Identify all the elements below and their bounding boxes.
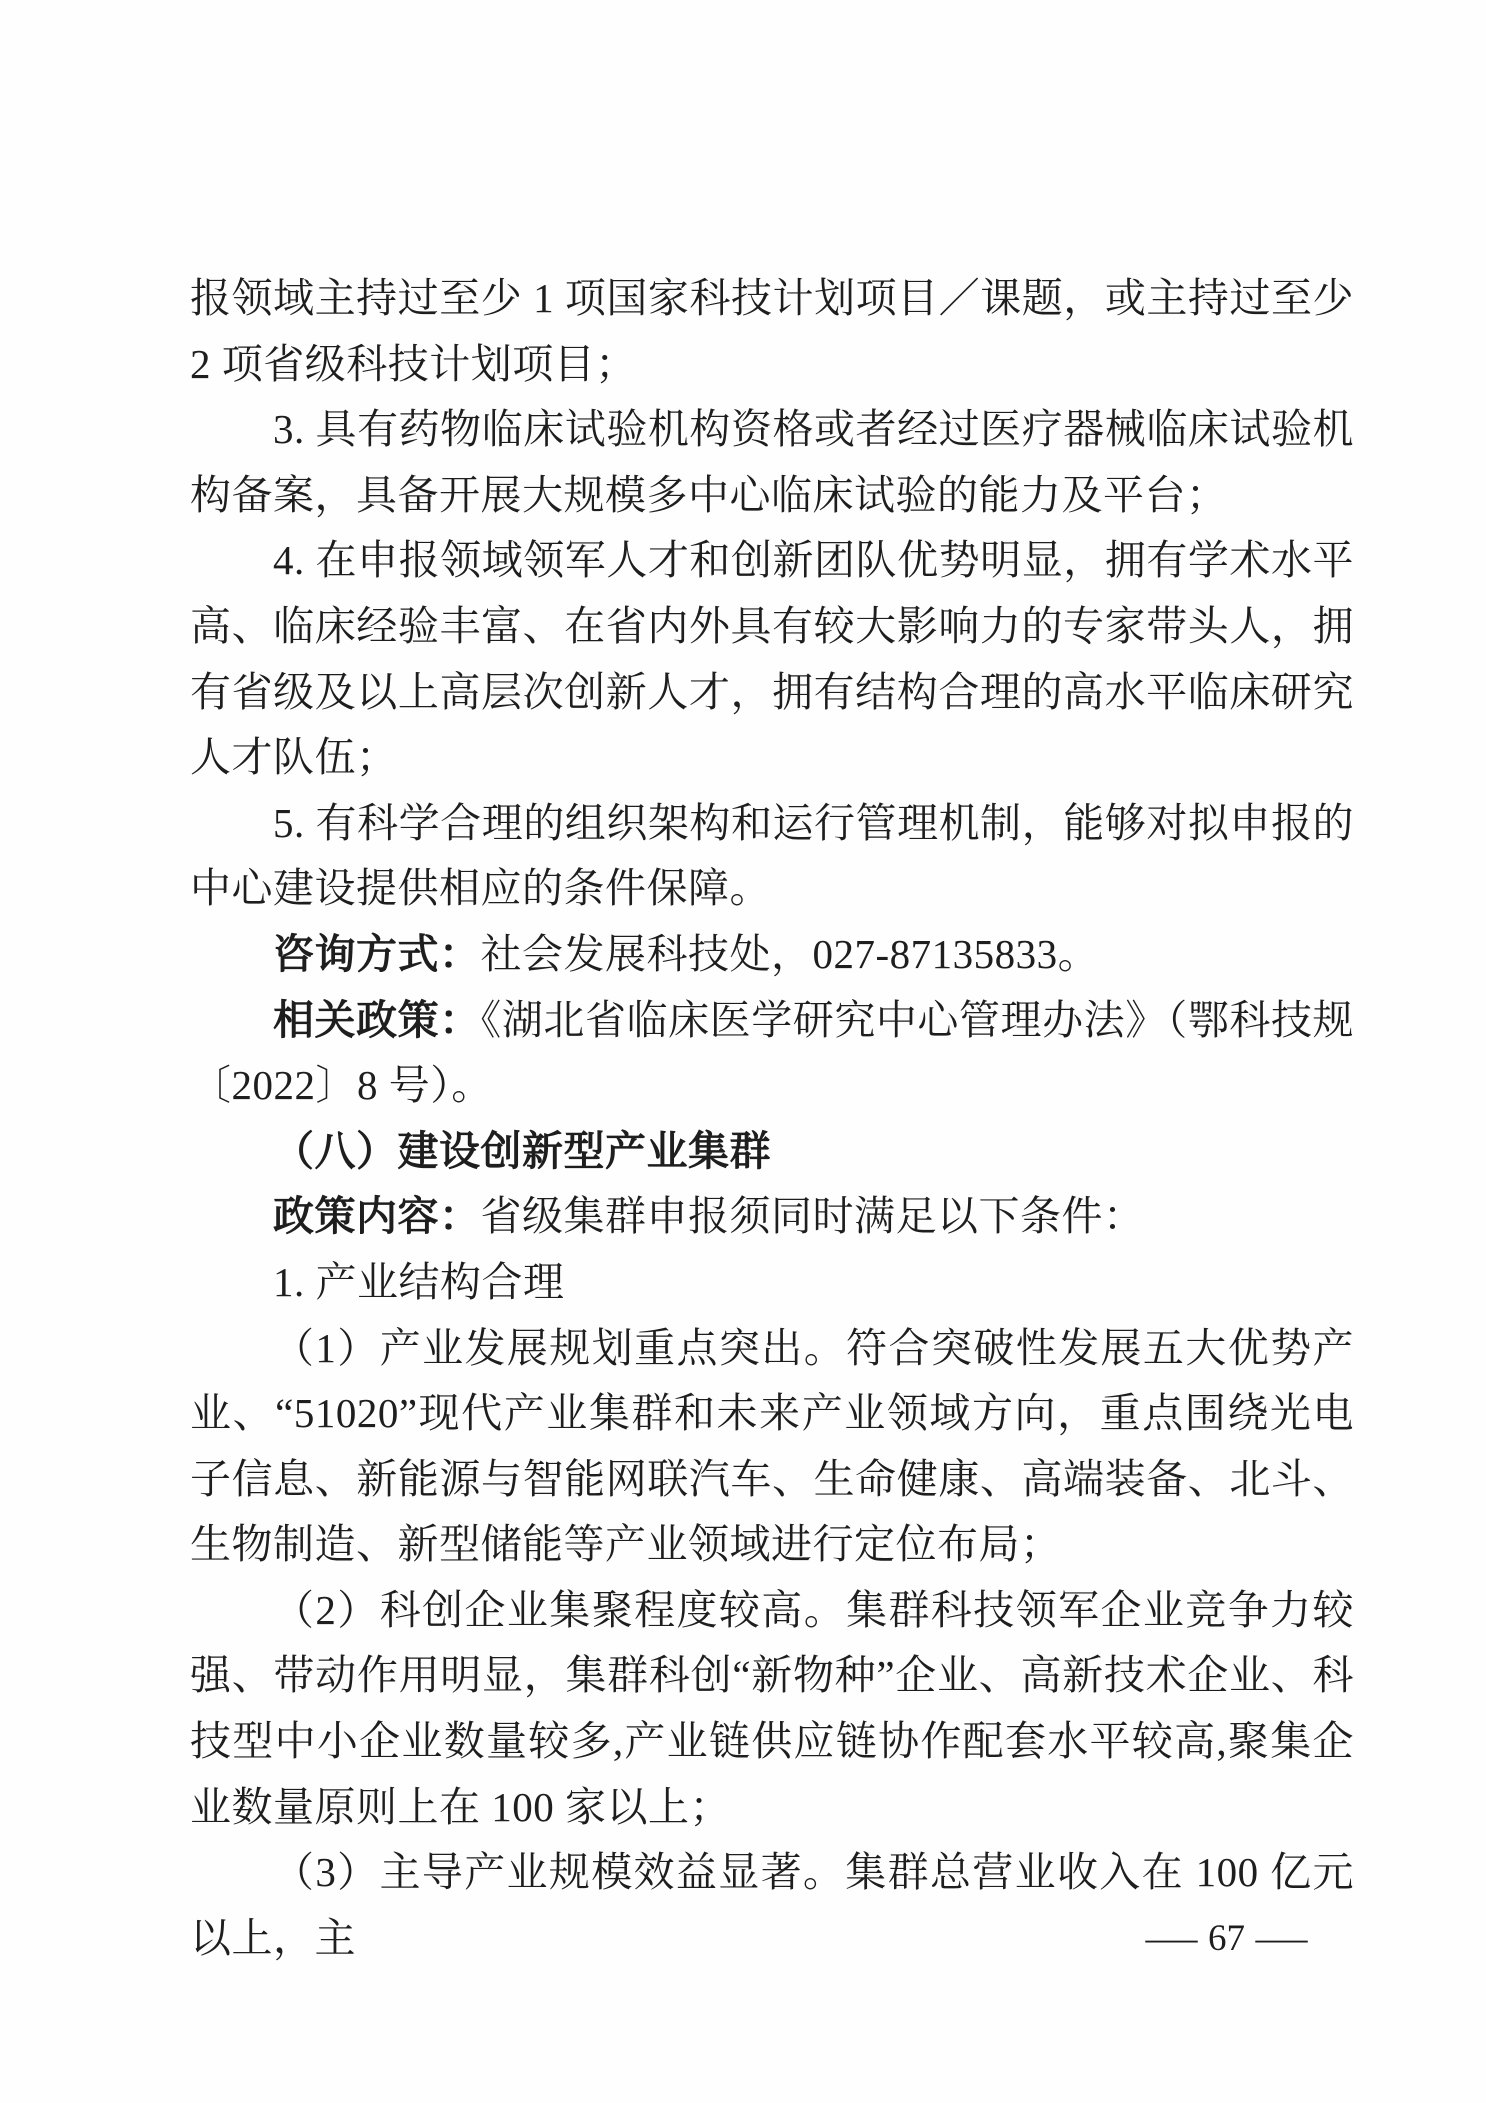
para-consultation: 咨询方式：社会发展科技处，027-87135833。 <box>190 922 1354 988</box>
para-item-1-2: （2）科创企业集聚程度较高。集群科技领军企业竞争力较强、带动作用明显，集群科创“… <box>190 1578 1354 1840</box>
page-body-text: 报领域主持过至少 1 项国家科技计划项目／课题，或主持过至少 2 项省级科技计划… <box>190 266 1354 1971</box>
policy-content-label: 政策内容： <box>273 1193 481 1239</box>
para-condition-5: 5. 有科学合理的组织架构和运行管理机制，能够对拟申报的中心建设提供相应的条件保… <box>190 791 1354 922</box>
policy-content-value: 省级集群申报须同时满足以下条件： <box>481 1193 1145 1239</box>
page-number-dash-left: — <box>1146 1917 1198 1960</box>
para-condition-3: 3. 具有药物临床试验机构资格或者经过医疗器械临床试验机构备案，具备开展大规模多… <box>190 397 1354 528</box>
related-policy-label: 相关政策： <box>273 997 481 1043</box>
para-item-1: 1. 产业结构合理 <box>190 1250 1354 1316</box>
para-policy-content: 政策内容：省级集群申报须同时满足以下条件： <box>190 1184 1354 1250</box>
page-number-dash-right: — <box>1256 1917 1308 1960</box>
para-continuation: 报领域主持过至少 1 项国家科技计划项目／课题，或主持过至少 2 项省级科技计划… <box>190 266 1354 397</box>
section-heading-8: （八）建设创新型产业集群 <box>190 1119 1354 1185</box>
page-number: —67— <box>1153 1917 1300 1960</box>
para-condition-4: 4. 在申报领域领军人才和创新团队优势明显，拥有学术水平高、临床经验丰富、在省内… <box>190 528 1354 790</box>
document-page: 报领域主持过至少 1 项国家科技计划项目／课题，或主持过至少 2 项省级科技计划… <box>0 0 1486 2103</box>
para-related-policy: 相关政策：《湖北省临床医学研究中心管理办法》（鄂科技规〔2022〕8 号）。 <box>190 988 1354 1119</box>
consultation-value: 社会发展科技处，027-87135833。 <box>481 931 1100 977</box>
para-item-1-1: （1）产业发展规划重点突出。符合突破性发展五大优势产业、“51020”现代产业集… <box>190 1316 1354 1578</box>
consultation-label: 咨询方式： <box>273 931 481 977</box>
page-number-value: 67 <box>1208 1917 1245 1960</box>
